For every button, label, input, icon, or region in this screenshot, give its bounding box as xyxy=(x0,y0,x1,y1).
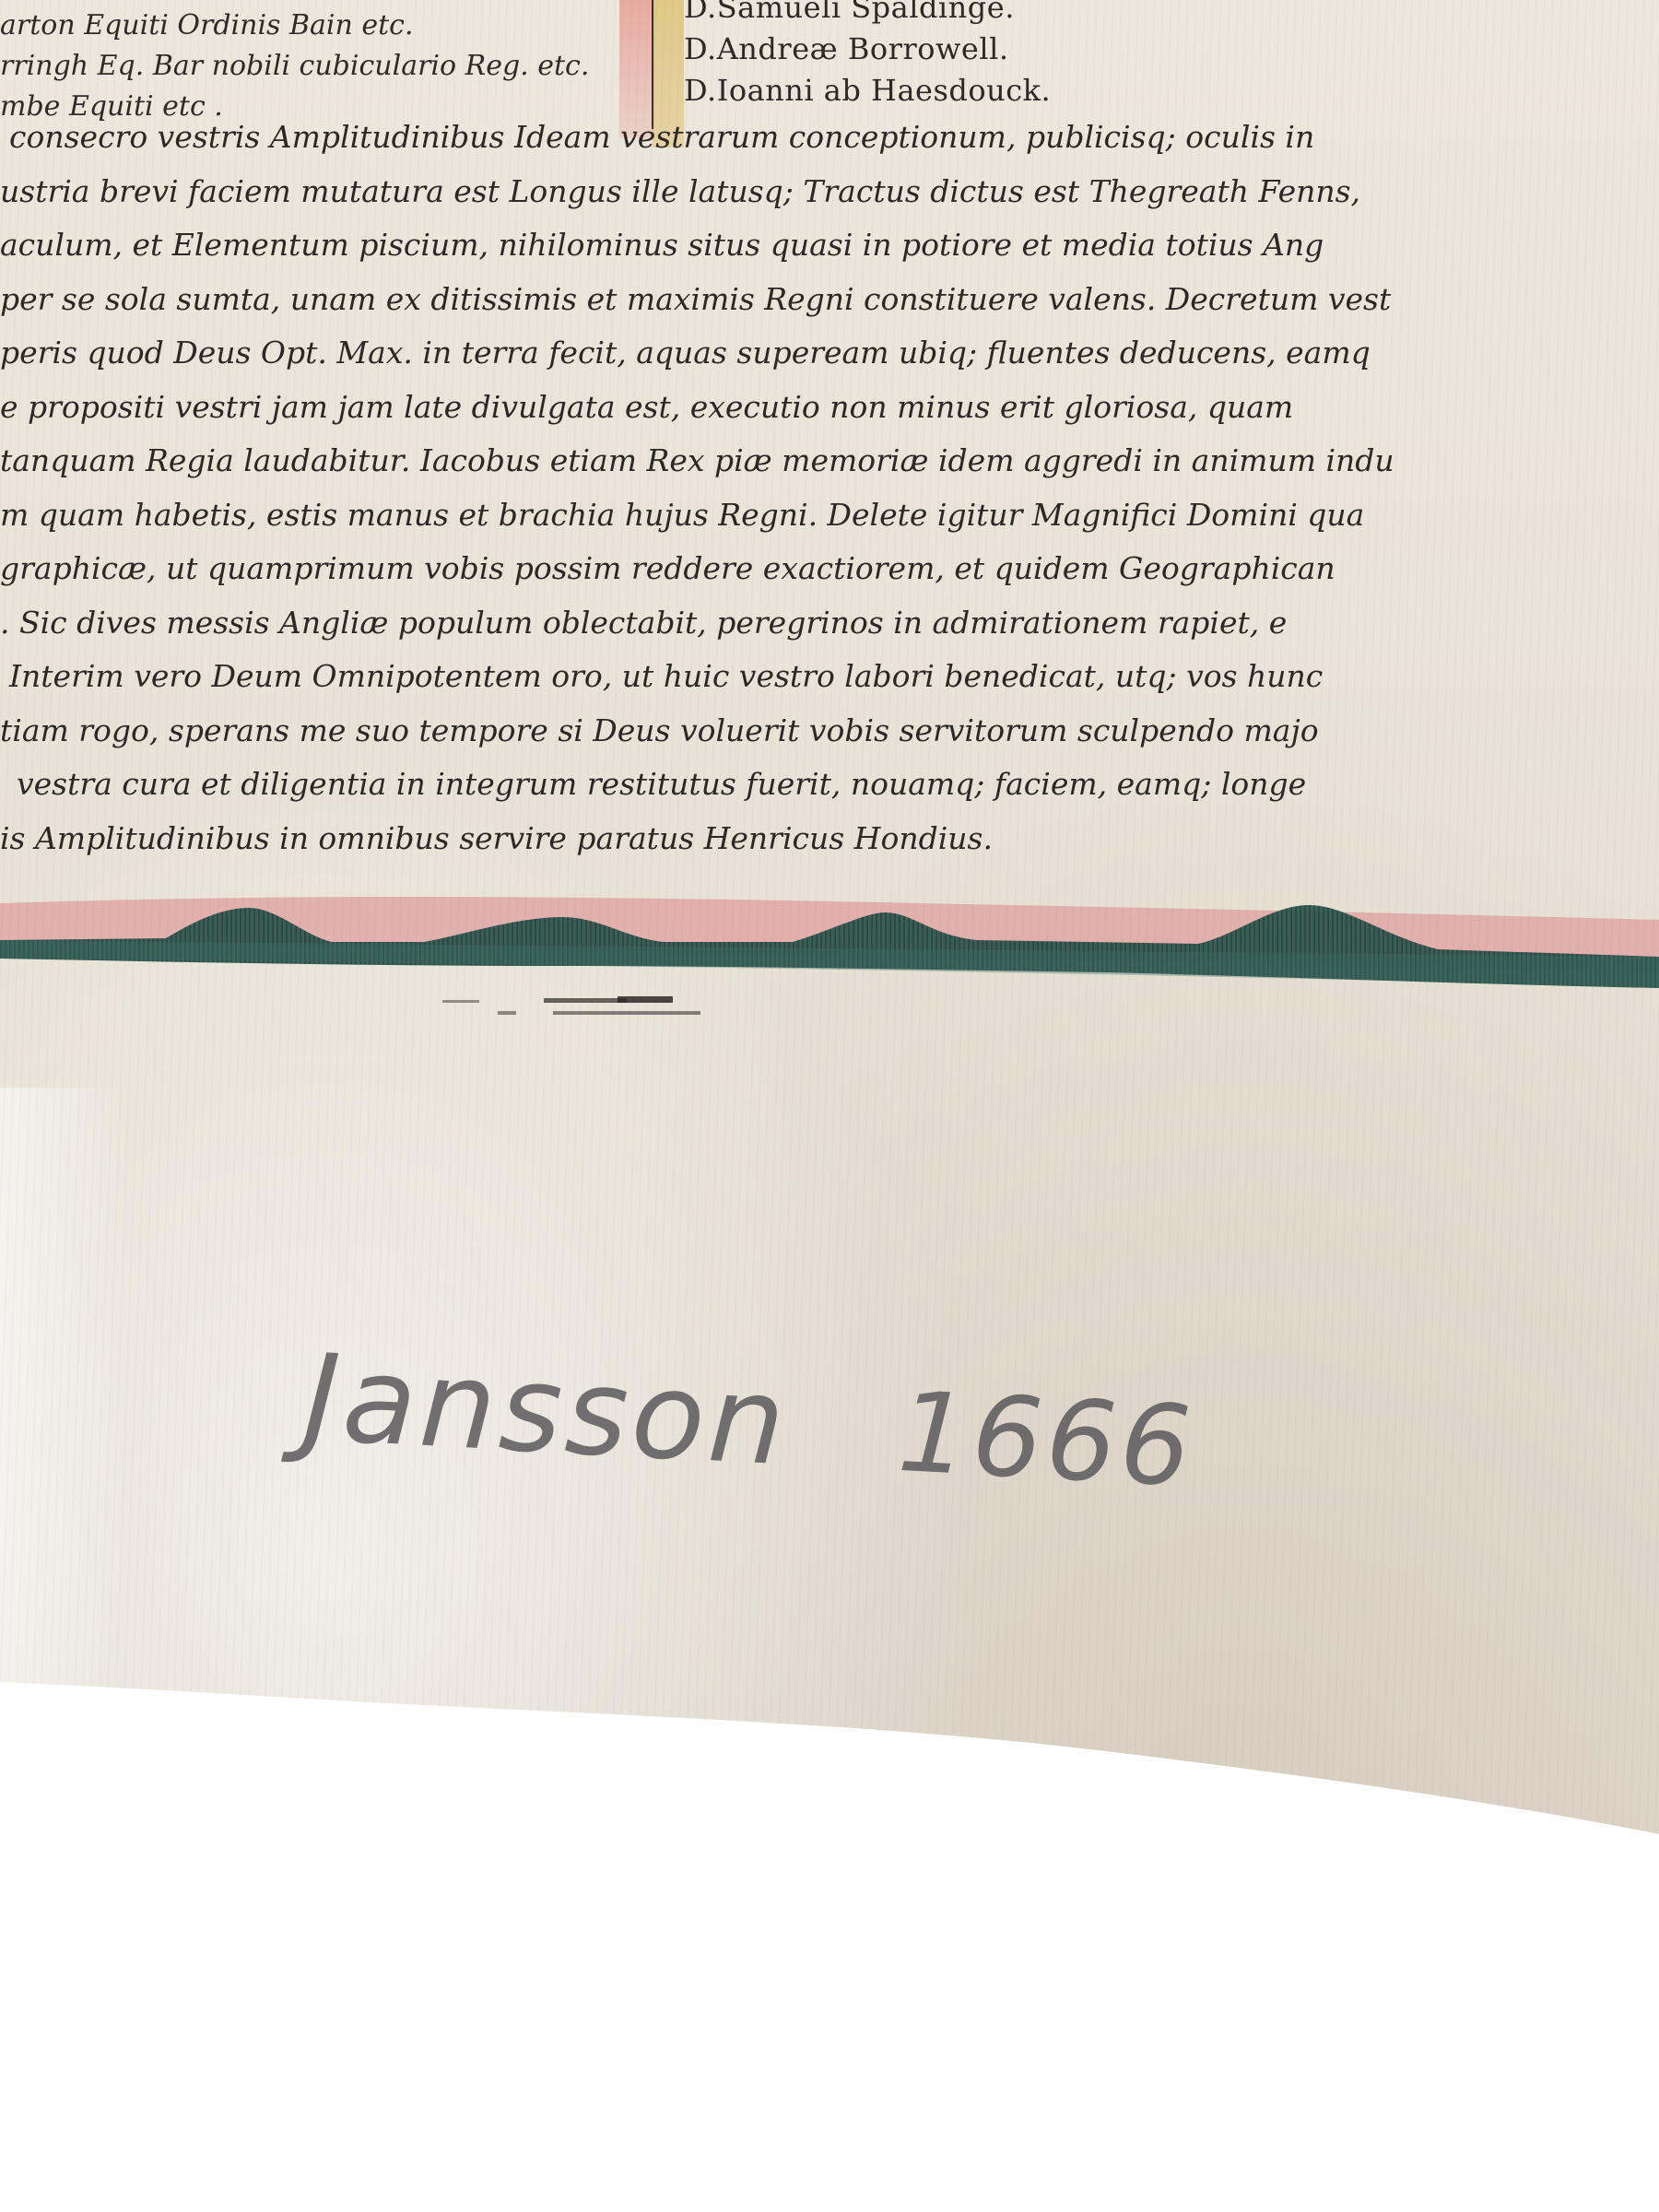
text-line: . Sic dives messis Angliæ populum oblect… xyxy=(0,596,1659,651)
text-line: consecro vestris Amplitudinibus Ideam ve… xyxy=(0,111,1659,165)
text-line: ustria brevi faciem mutatura est Longus … xyxy=(0,165,1659,219)
text-line-content: vestra cura et diligentia in integrum re… xyxy=(17,758,1306,812)
text-line: vestra cura et diligentia in integrum re… xyxy=(0,758,1659,812)
text-line-content: Interim vero Deum Omnipotentem oro, ut h… xyxy=(9,650,1323,704)
text-line: peris quod Deus Opt. Max. in terra fecit… xyxy=(0,326,1659,381)
text-line: m quam habetis, estis manus et brachia h… xyxy=(0,488,1659,543)
text-line-content: ustria brevi faciem mutatura est Longus … xyxy=(0,165,1360,219)
scale-bar-marks xyxy=(442,991,922,1018)
text-line: per se sola sumta, unam ex ditissimis et… xyxy=(0,273,1659,327)
text-line: e propositi vestri jam jam late divulgat… xyxy=(0,381,1659,435)
text-line-content: consecro vestris Amplitudinibus Ideam ve… xyxy=(9,111,1314,165)
text-line-content: tiam rogo, sperans me suo tempore si Deu… xyxy=(0,704,1319,759)
vellum-sheet: arton Equiti Ordinis Bain etc. rringh Eq… xyxy=(0,0,1659,2212)
dedicatee-line: D.Andreæ Borrowell. xyxy=(684,29,1329,70)
text-line-content: e propositi vestri jam jam late divulgat… xyxy=(0,381,1293,435)
text-line-content: tanquam Regia laudabitur. Iacobus etiam … xyxy=(0,434,1394,488)
dedicatee-line: D.Samueli Spaldinge. xyxy=(684,0,1329,29)
text-line-content: per se sola sumta, unam ex ditissimis et… xyxy=(0,273,1391,327)
text-line: Interim vero Deum Omnipotentem oro, ut h… xyxy=(0,650,1659,704)
pencil-year: 1666 xyxy=(895,1369,1197,1512)
text-line-content: peris quod Deus Opt. Max. in terra fecit… xyxy=(0,326,1371,381)
text-line: aculum, et Elementum piscium, nihilominu… xyxy=(0,218,1659,273)
light-glare xyxy=(0,1088,129,1733)
text-line: graphicæ, ut quamprimum vobis possim red… xyxy=(0,542,1659,596)
text-line: tanquam Regia laudabitur. Iacobus etiam … xyxy=(0,434,1659,488)
dedication-text-block: consecro vestris Amplitudinibus Ideam ve… xyxy=(0,111,1659,865)
dedicatee-line: D.Ioanni ab Haesdouck. xyxy=(684,70,1329,112)
text-line-content: . Sic dives messis Angliæ populum oblect… xyxy=(0,596,1287,651)
dedicatees-right-column: D.Samueli Spaldinge. D.Andreæ Borrowell.… xyxy=(684,0,1329,112)
text-line-content: aculum, et Elementum piscium, nihilominu… xyxy=(0,218,1324,273)
text-line-content: is Amplitudinibus in omnibus servire par… xyxy=(0,812,993,866)
text-line-content: m quam habetis, estis manus et brachia h… xyxy=(0,488,1364,543)
engraved-rule xyxy=(652,0,653,129)
dedicatees-left-column: arton Equiti Ordinis Bain etc. rringh Eq… xyxy=(0,0,627,127)
text-line: tiam rogo, sperans me suo tempore si Deu… xyxy=(0,704,1659,759)
pencil-inscription: Jansson1666 xyxy=(300,1327,1198,1513)
pencil-name: Jansson xyxy=(300,1327,792,1492)
text-line: is Amplitudinibus in omnibus servire par… xyxy=(0,812,1659,866)
dedicatee-line: rringh Eq. Bar nobili cubiculario Reg. e… xyxy=(0,46,627,87)
text-line-content: graphicæ, ut quamprimum vobis possim red… xyxy=(0,542,1335,596)
dedicatee-line: arton Equiti Ordinis Bain etc. xyxy=(0,6,627,46)
